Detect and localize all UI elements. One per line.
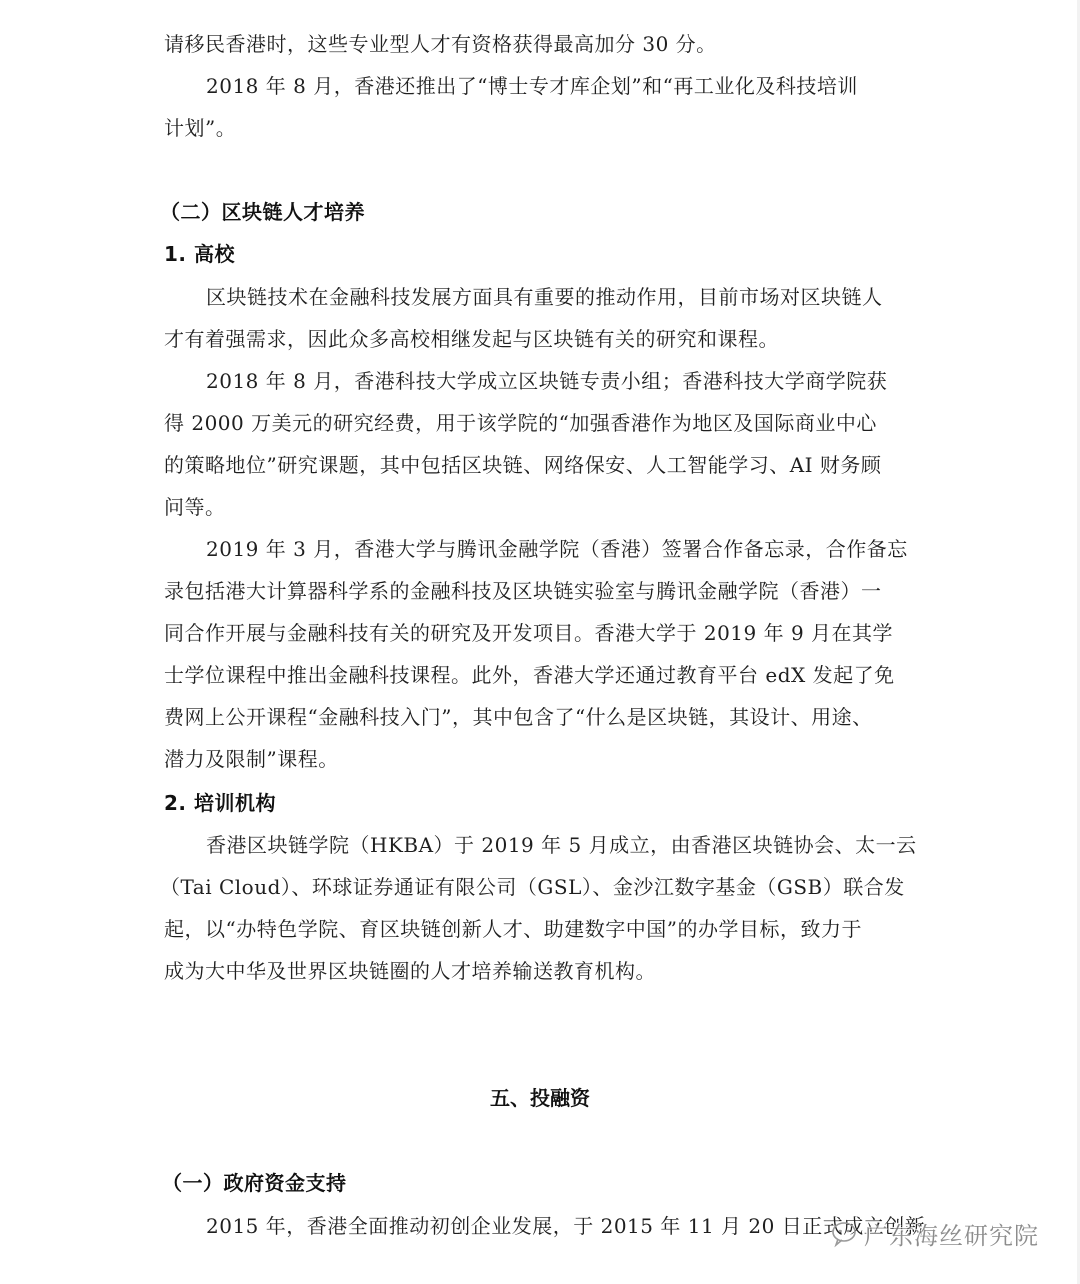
wechat-icon xyxy=(830,1220,860,1248)
paragraph-line: 请移民香港时，这些专业型人才有资格获得最高加分 30 分。 xyxy=(164,30,717,58)
chapter-heading: 五、投融资 xyxy=(0,1084,1080,1112)
paragraph-line: （Tai Cloud）、环球证券通证有限公司（GSL）、金沙江数字基金（GSB）… xyxy=(160,873,905,901)
paragraph-line: 才有着强需求，因此众多高校相继发起与区块链有关的研究和课程。 xyxy=(164,325,779,353)
paragraph-line: 计划”。 xyxy=(164,114,236,142)
paragraph-line: 2015 年，香港全面推动初创企业发展，于 2015 年 11 月 20 日正式… xyxy=(206,1212,925,1240)
paragraph-line: 同合作开展与金融科技有关的研究及开发项目。香港大学于 2019 年 9 月在其学 xyxy=(164,619,893,647)
paragraph-line: 起，以“办特色学院、育区块链创新人才、助建数字中国”的办学目标，致力于 xyxy=(164,915,862,943)
paragraph-line: 2018 年 8 月，香港还推出了“博士专才库企划”和“再工业化及科技培训 xyxy=(206,72,858,100)
paragraph-line: 士学位课程中推出金融科技课程。此外，香港大学还通过教育平台 edX 发起了免 xyxy=(164,661,895,689)
paragraph-line: 录包括港大计算器科学系的金融科技及区块链实验室与腾讯金融学院（香港）一 xyxy=(164,577,882,605)
paragraph-line: 2019 年 3 月，香港大学与腾讯金融学院（香港）签署合作备忘录，合作备忘 xyxy=(206,535,908,563)
paragraph-line: 香港区块链学院（HKBA）于 2019 年 5 月成立，由香港区块链协会、太一云 xyxy=(206,831,917,859)
paragraph-line: 潜力及限制”课程。 xyxy=(164,745,339,773)
watermark-text: 广东海丝研究院 xyxy=(864,1216,1039,1251)
watermark: 广东海丝研究院 xyxy=(830,1216,1039,1251)
paragraph-line: 成为大中华及世界区块链圈的人才培养输送教育机构。 xyxy=(164,957,656,985)
paragraph-line: 费网上公开课程“金融科技入门”，其中包含了“什么是区块链，其设计、用途、 xyxy=(164,703,873,731)
paragraph-line: 问等。 xyxy=(164,493,226,521)
section-heading: （一）政府资金支持 xyxy=(162,1169,347,1197)
document-page: 请移民香港时，这些专业型人才有资格获得最高加分 30 分。 2018 年 8 月… xyxy=(0,0,1080,1284)
paragraph-line: 2018 年 8 月，香港科技大学成立区块链专责小组；香港科技大学商学院获 xyxy=(206,367,887,395)
paragraph-line: 的策略地位”研究课题，其中包括区块链、网络保安、人工智能学习、AI 财务顾 xyxy=(164,451,881,479)
subsection-heading: 2. 培训机构 xyxy=(164,789,276,817)
section-heading: （二）区块链人才培养 xyxy=(160,198,365,226)
paragraph-line: 区块链技术在金融科技发展方面具有重要的推动作用，目前市场对区块链人 xyxy=(206,283,883,311)
paragraph-line: 得 2000 万美元的研究经费，用于该学院的“加强香港作为地区及国际商业中心 xyxy=(164,409,877,437)
subsection-heading: 1. 高校 xyxy=(164,240,235,268)
